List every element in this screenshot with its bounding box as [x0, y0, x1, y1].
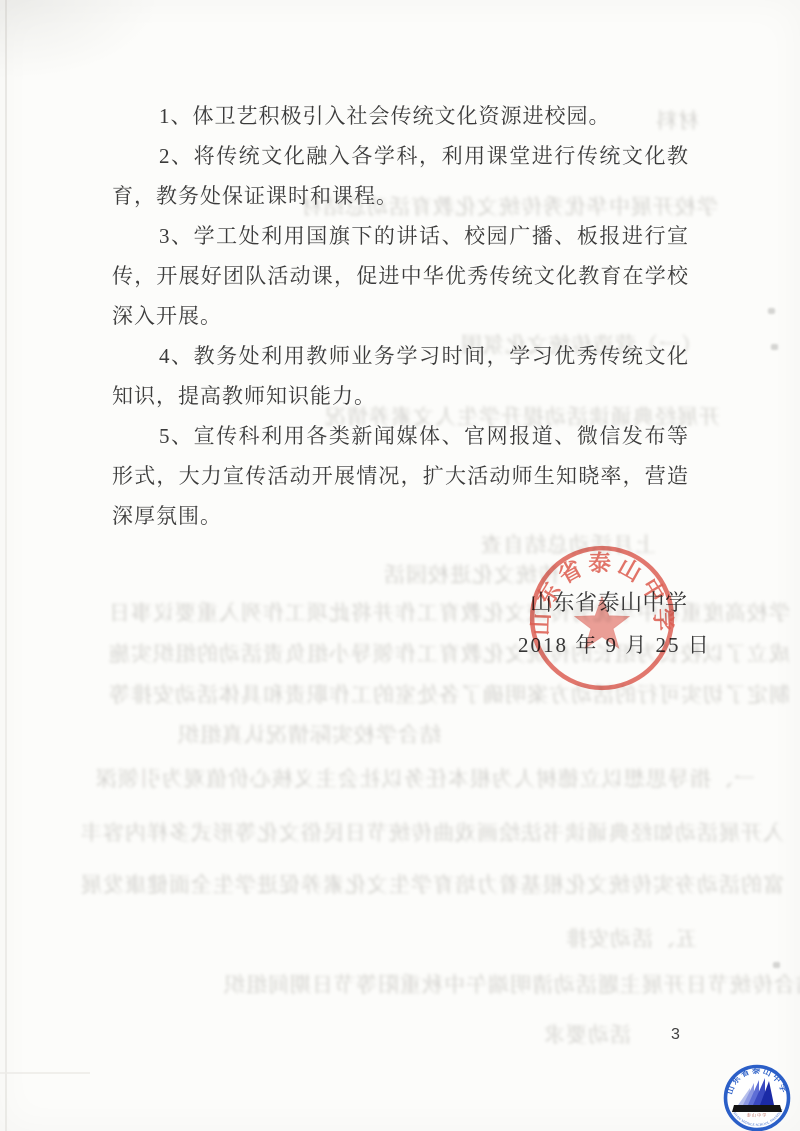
body-line: 3、学工处利用国旗下的讲话、校园广播、板报进行宣 [112, 216, 688, 256]
body-line: 育，教务处保证课时和课程。 [112, 176, 688, 216]
bleedthrough-line: 入开展活动如经典诵读书法绘画戏曲传统节日民俗文化等形式多样内容丰 [80, 820, 784, 846]
body-line: 4、教务处利用教师业务学习时间，学习优秀传统文化 [112, 336, 688, 376]
bleedthrough-line: 制定了切实可行的活动方案明确了各处室的工作职责和具体活动安排等 [108, 682, 790, 708]
body-line: 知识，提高教师知识能力。 [112, 376, 688, 416]
body-line: 1、体卫艺积极引入社会传统文化资源进校园。 [112, 96, 688, 136]
bleedthrough-line: 学校高度重视中华优秀传统文化教育工作并将此项工作列入重要议事日 [108, 600, 790, 626]
official-seal-stamp: 山东省泰山中学 [527, 544, 677, 694]
bleedthrough-line: 五、活动安排 [565, 926, 697, 952]
body-line: 5、宣传科利用各类新闻媒体、官网报道、微信发布等 [112, 416, 688, 456]
body-line: 2、将传统文化融入各学科，利用课堂进行传统文化教 [112, 136, 688, 176]
logo-base-text: 泰山中学 [747, 1112, 768, 1119]
school-logo: 山东省泰山中学 TAI SHAN MIDDLE SCHOOL SHANDONG … [721, 1062, 793, 1131]
bleedthrough-line: 富的活动夯实传统文化根基着力培育学生文化素养促进学生全面健康发展 [80, 872, 784, 898]
bleedthrough-line: 结合学校实际情况认真组织 [177, 722, 441, 748]
body-line: 深入开展。 [112, 296, 688, 336]
logo-base-bar [732, 1105, 782, 1112]
seal-star-icon [576, 597, 629, 647]
scan-speck [768, 308, 775, 314]
body-line: 传，开展好团队活动课，促进中华优秀传统文化教育在学校 [112, 256, 688, 296]
page-number: 3 [671, 1026, 680, 1044]
document-body: 1、体卫艺积极引入社会传统文化资源进校园。2、将传统文化融入各学科，利用课堂进行… [112, 96, 688, 536]
body-line: 深厚氛围。 [112, 496, 688, 536]
bleedthrough-line: 活动要求 [543, 1022, 631, 1048]
bleedthrough-line: 一、指导思想以立德树人为根本任务以社会主义核心价值观为引领深 [95, 766, 755, 792]
scan-speck [771, 344, 778, 350]
bleedthrough-line: 结合传统节日开展主题活动清明端午中秋重阳等节日期间组织 [223, 972, 800, 998]
body-line: 形式，大力宣传活动开展情况，扩大活动师生知晓率，营造 [112, 456, 688, 496]
scanned-document-page: 材料学校开展中华优秀传统文化教育活动总结材（一）营造传统文化氛围开展经典诵读活动… [0, 0, 800, 1131]
scan-speck [773, 962, 780, 968]
